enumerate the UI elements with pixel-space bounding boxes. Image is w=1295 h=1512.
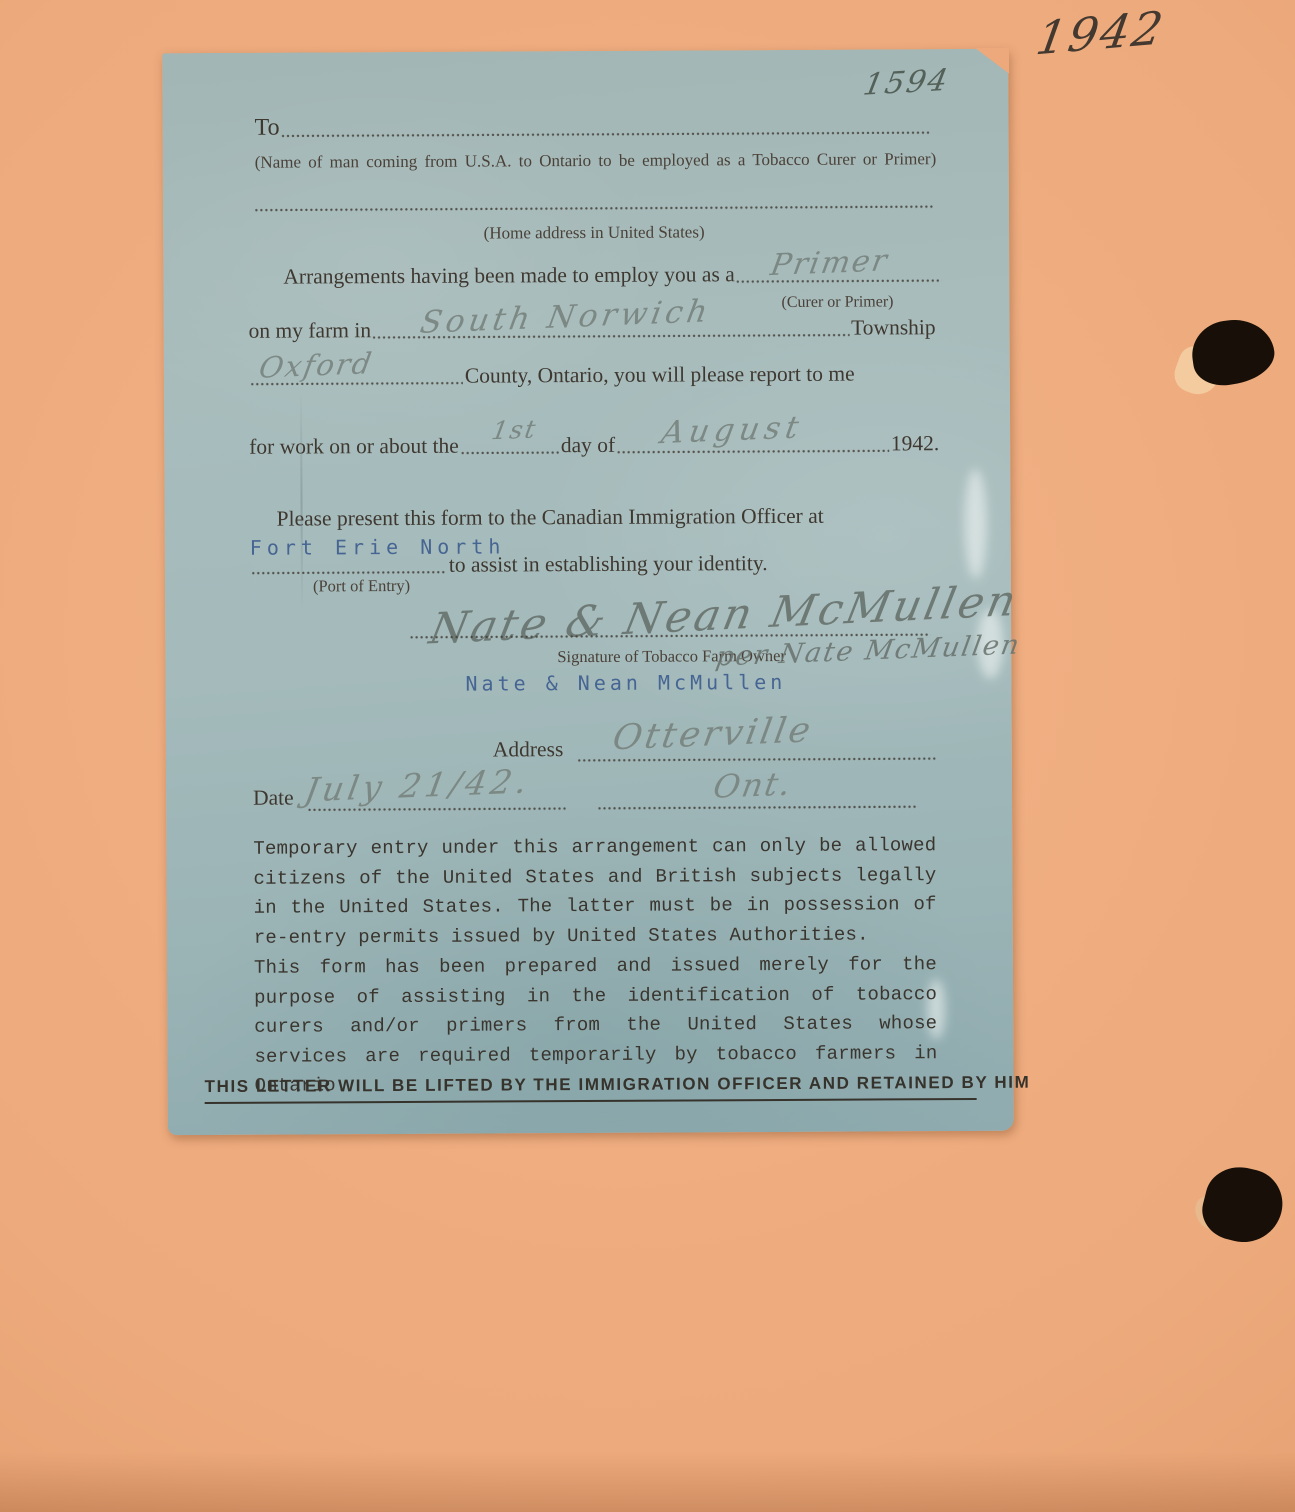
punch-hole-top <box>1188 315 1278 390</box>
dotted-line <box>252 571 447 575</box>
address-label: Address <box>493 737 564 762</box>
county-handwritten: Oxford <box>257 346 376 385</box>
curer-or-primer-caption: (Curer or Primer) <box>781 293 893 312</box>
township-label: Township <box>851 315 936 340</box>
work-text: for work on or about the <box>249 434 459 460</box>
scrapbook-page: 1942 1594 To (Name of man coming from U.… <box>0 0 1295 1512</box>
dotted-line <box>598 805 918 810</box>
footer-notice: THIS LETTER WILL BE LIFTED BY THE IMMIGR… <box>205 1073 977 1104</box>
present-text: Please present this form to the Canadian… <box>277 504 824 532</box>
folded-corner <box>975 48 1009 74</box>
signature-typed: Nate & Nean McMullen <box>465 670 786 696</box>
punch-hole-bottom <box>1196 1160 1290 1251</box>
occupation-handwritten: Primer <box>768 243 891 283</box>
month-handwritten: August <box>659 409 807 451</box>
day-of-text: day of <box>561 433 615 458</box>
identity-text: to assist in establishing your identity. <box>449 551 768 578</box>
date-label: Date <box>253 786 294 811</box>
dotted-line <box>308 807 566 811</box>
county-text: County, Ontario, you will please report … <box>465 362 855 389</box>
dotted-line <box>461 451 559 455</box>
port-of-entry-caption: (Port of Entry) <box>313 576 410 597</box>
identity-line: to assist in establishing your identity. <box>250 550 940 579</box>
to-line: To <box>254 111 932 142</box>
dotted-line <box>255 205 933 212</box>
date-handwritten: July 21/42. <box>302 761 534 809</box>
document-number: 1594 <box>861 63 953 103</box>
province-handwritten: Ont. <box>710 765 795 806</box>
form-document: 1594 To (Name of man coming from U.S.A. … <box>162 49 1014 1135</box>
farm-text: on my farm in <box>249 318 372 344</box>
paper-stain <box>964 469 987 579</box>
dotted-line <box>282 131 931 137</box>
day-handwritten: 1st <box>490 414 540 445</box>
home-address-caption: (Home address in United States) <box>255 221 933 245</box>
paper-crease <box>300 392 303 612</box>
work-line: for work on or about the day of 1942. <box>249 431 939 460</box>
name-caption: (Name of man coming from U.S.A. to Ontar… <box>255 149 933 173</box>
dotted-line <box>578 757 936 762</box>
address-handwritten: Otterville <box>610 710 817 758</box>
year-text: 1942. <box>891 431 940 456</box>
employ-text: Arrangements having been made to employ … <box>283 262 734 289</box>
to-label: To <box>254 115 279 142</box>
year-annotation: 1942 <box>1033 1 1169 66</box>
notice-paragraph-1: Temporary entry under this arrangement c… <box>253 831 937 953</box>
